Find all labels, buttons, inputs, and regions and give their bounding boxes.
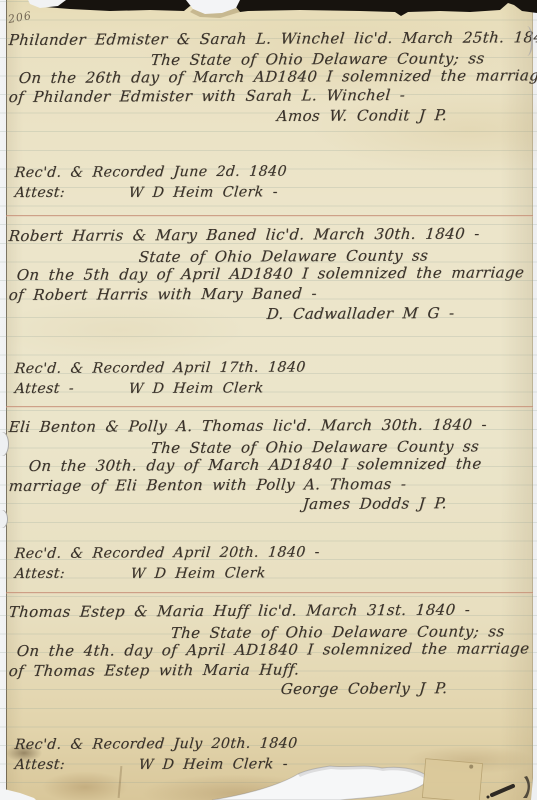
entry-2-title-line: Robert Harris & Mary Baned lic'd. March … — [8, 225, 480, 245]
entry-3-body-line-2: marriage of Eli Benton with Polly A. Tho… — [8, 475, 407, 495]
ruled-lines — [0, 0, 537, 800]
red-divider-line — [6, 592, 533, 593]
entry-1-body-line-1: On the 26th day of March AD1840 I solemn… — [18, 66, 537, 87]
entry-4-officiant-signature: George Coberly J P. — [280, 679, 448, 698]
entry-2-officiant-signature: D. Cadwallader M G - — [266, 304, 455, 323]
entry-2-state-line: State of Ohio Delaware County ss — [138, 246, 429, 266]
entry-1-attest-label: Attest: — [14, 185, 66, 201]
entry-2-body-line-1: On the 5th day of April AD1840 I solemni… — [16, 263, 525, 284]
entry-4-recorded-line: Rec'd. & Recorded July 20th. 1840 — [14, 736, 298, 753]
scanned-marriage-record-page: 206 Philander Edmister & Sarah L. Winche… — [0, 0, 537, 800]
entry-2-attest-label: Attest - — [14, 381, 75, 397]
entry-3-attest-label: Attest: — [14, 566, 66, 582]
entry-3-body-line-1: On the 30th. day of March AD1840 I solem… — [28, 455, 482, 475]
red-divider-line — [6, 215, 533, 216]
paper-curl-mark — [521, 26, 533, 56]
entry-4-attest-label: Attest: — [14, 757, 66, 773]
entry-2-body-line-2: of Robert Harris with Mary Baned - — [8, 284, 318, 304]
entry-2-clerk-signature: W D Heim Clerk — [128, 380, 264, 397]
entry-3-recorded-line: Rec'd. & Recorded April 20th. 1840 - — [14, 544, 320, 562]
entry-1-clerk-signature: W D Heim Clerk - — [128, 184, 279, 201]
entry-4-title-line: Thomas Estep & Maria Huff lic'd. March 3… — [8, 601, 471, 621]
entry-1-officiant-signature: Amos W. Condit J P. — [276, 106, 448, 125]
entry-4-body-line-1: On the 4th. day of April AD1840 I solemn… — [16, 639, 530, 660]
entry-4-clerk-signature: W D Heim Clerk - — [138, 756, 289, 773]
entry-2-recorded-line: Rec'd. & Recorded April 17th. 1840 — [14, 359, 306, 377]
entry-1-title-line: Philander Edmister & Sarah L. Winchel li… — [8, 28, 537, 49]
entry-3-officiant-signature: James Dodds J P. — [302, 494, 448, 513]
entry-4-body-line-2: of Thomas Estep with Maria Huff. — [8, 660, 300, 680]
entry-1-recorded-line: Rec'd. & Recorded June 2d. 1840 — [14, 164, 288, 181]
entry-3-clerk-signature: W D Heim Clerk — [130, 565, 266, 582]
entry-1-body-line-2: of Philander Edmister with Sarah L. Winc… — [8, 86, 406, 106]
red-divider-line — [6, 406, 533, 407]
entry-3-title-line: Eli Benton & Polly A. Thomas lic'd. Marc… — [8, 415, 488, 436]
